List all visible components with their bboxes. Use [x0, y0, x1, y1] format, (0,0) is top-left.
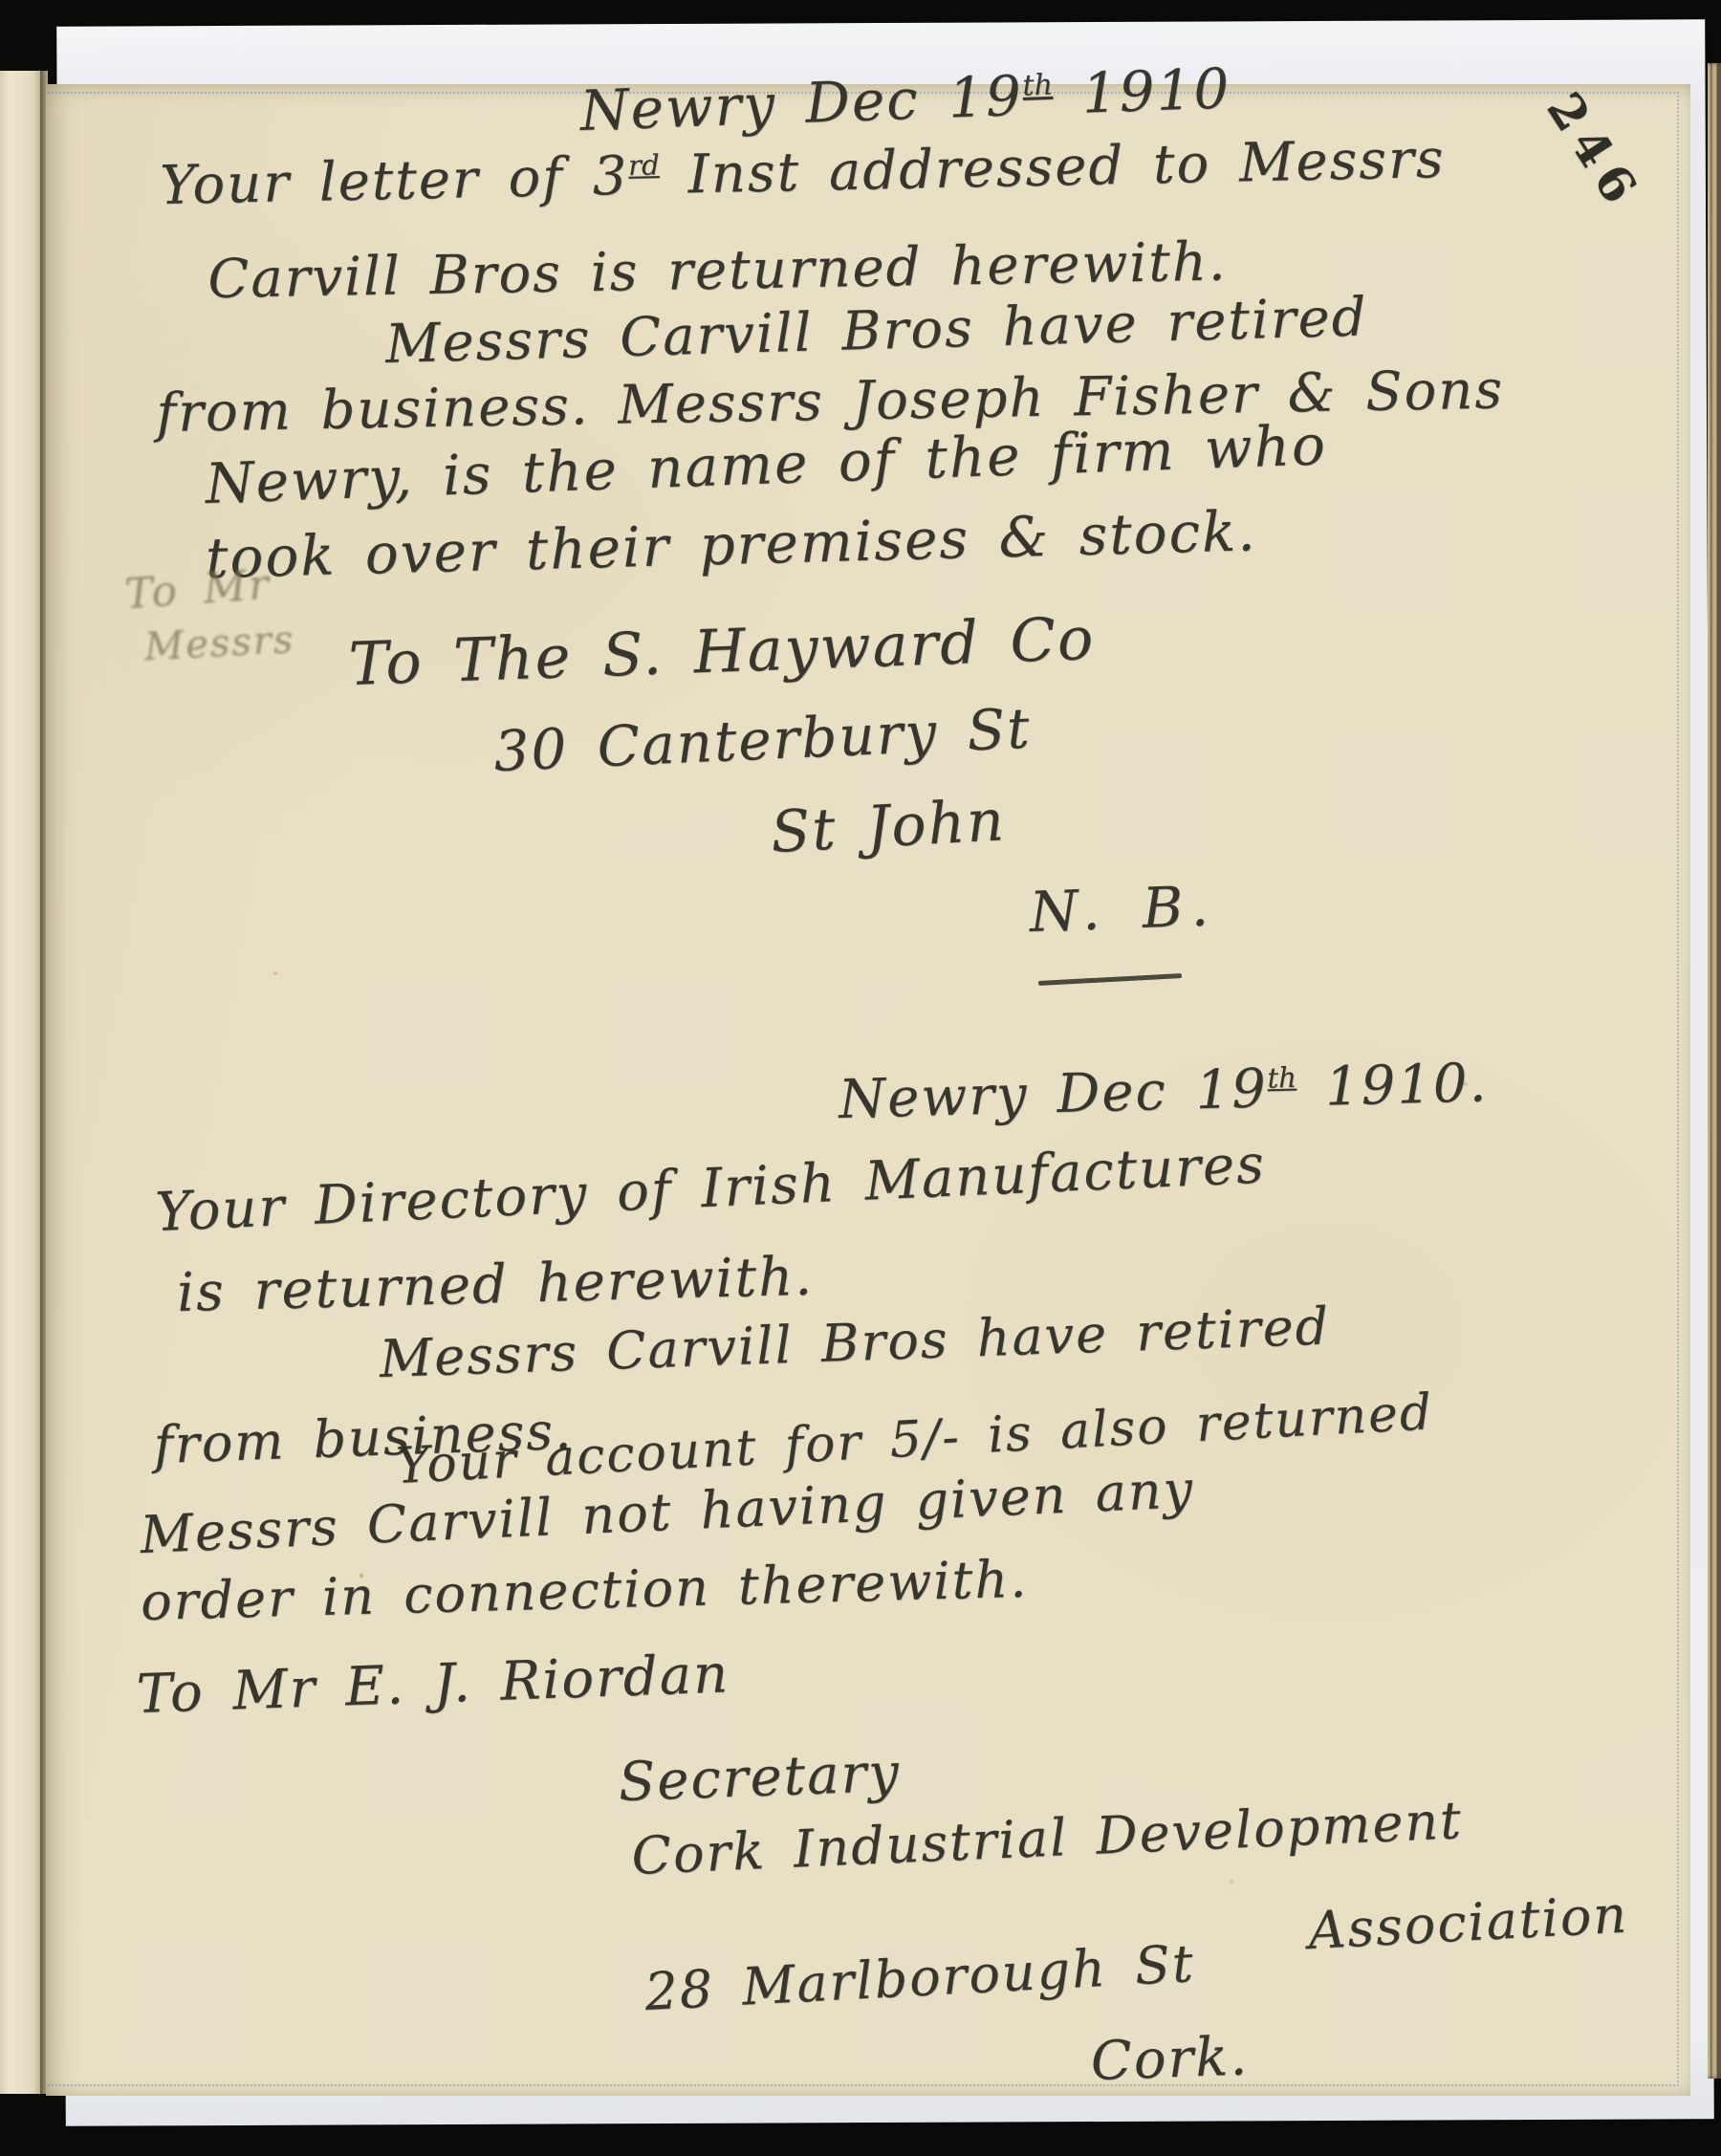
nb-underline-flourish: [1038, 973, 1182, 986]
ordinal-suffix: th: [1022, 68, 1054, 102]
page-number: 246: [1536, 82, 1654, 221]
letter2-address-line-5: 28 Marlborough St: [643, 1933, 1196, 2022]
letter2-line-1: Your Directory of Irish Manufactures: [154, 1133, 1267, 1244]
previous-page-edge: [0, 71, 40, 2094]
letter1-address-line-2: 30 Canterbury St: [492, 696, 1033, 784]
letter2-address-line-4: Association: [1307, 1884, 1630, 1961]
ordinal-suffix: th: [1267, 1061, 1296, 1095]
ghost-impression-line-2: Messrs: [143, 618, 296, 669]
letter2-address-line-1: To Mr E. J. Riordan: [136, 1643, 730, 1726]
letter2-line-6: order in connection therewith.: [140, 1549, 1029, 1632]
fore-edge-page-stack: [1708, 63, 1721, 2079]
letter2-dateline: Newry Dec 19th 1910.: [838, 1052, 1489, 1131]
letter2-line-2: is returned herewith.: [176, 1246, 814, 1324]
letterbook-scan: 246 Newry Dec 19th 1910 Your letter of 3…: [0, 0, 1721, 2156]
letter2-address-line-6: Cork.: [1090, 2025, 1250, 2093]
letterbook-page: 246 Newry Dec 19th 1910 Your letter of 3…: [46, 84, 1690, 2096]
ghost-impression-line-1: To Mr: [122, 559, 272, 619]
ordinal-suffix: rd: [628, 148, 660, 182]
letter2-address-line-2: Secretary: [618, 1742, 902, 1814]
letter1-line-1: Your letter of 3rd Inst addressed to Mes…: [160, 128, 1447, 217]
letter1-address-line-4: N. B.: [1029, 873, 1217, 945]
letter1-line-6: took over their premises & stock.: [205, 498, 1257, 591]
letter1-address-line-1: To The S. Hayward Co: [347, 603, 1096, 699]
letter1-address-line-3: St John: [769, 787, 1007, 866]
